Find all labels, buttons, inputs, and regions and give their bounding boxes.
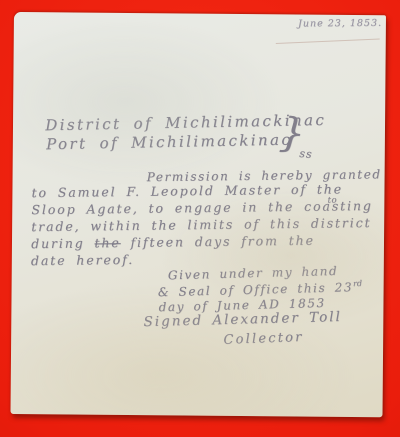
red-photo-mat: June 23, 1853. District of Michilimackin… [0, 0, 400, 437]
closing-seal-of-office: & Seal of Office this 23rd [158, 279, 363, 299]
body-line-duration: during the fifteen days from the [31, 233, 315, 251]
document-paper: June 23, 1853. District of Michilimackin… [10, 12, 385, 417]
date-annotation: June 23, 1853. [298, 18, 382, 30]
heading-port-line: Port of Michilimackinac [46, 131, 292, 154]
body-line-grantee: to Samuel F. Leopold Master of the [31, 181, 343, 200]
body-line-trade: trade, within the limits of this distric… [31, 215, 371, 234]
interline-insertion: to [327, 195, 337, 205]
signature-title: Collector [223, 330, 304, 348]
struck-word: the [94, 235, 120, 250]
duration-post-text: fifteen days from the [130, 233, 314, 250]
paper-crease [276, 38, 380, 44]
duration-pre-text: during [31, 236, 85, 252]
scilicet-label: ss [299, 147, 313, 161]
scilicet-mark: }ss [278, 112, 320, 155]
ordinal-suffix: rd [353, 279, 362, 288]
body-line-date-hereof: date hereof. [31, 252, 134, 268]
body-line-vessel: Sloop Agate, to engage in the coasting [31, 198, 373, 217]
